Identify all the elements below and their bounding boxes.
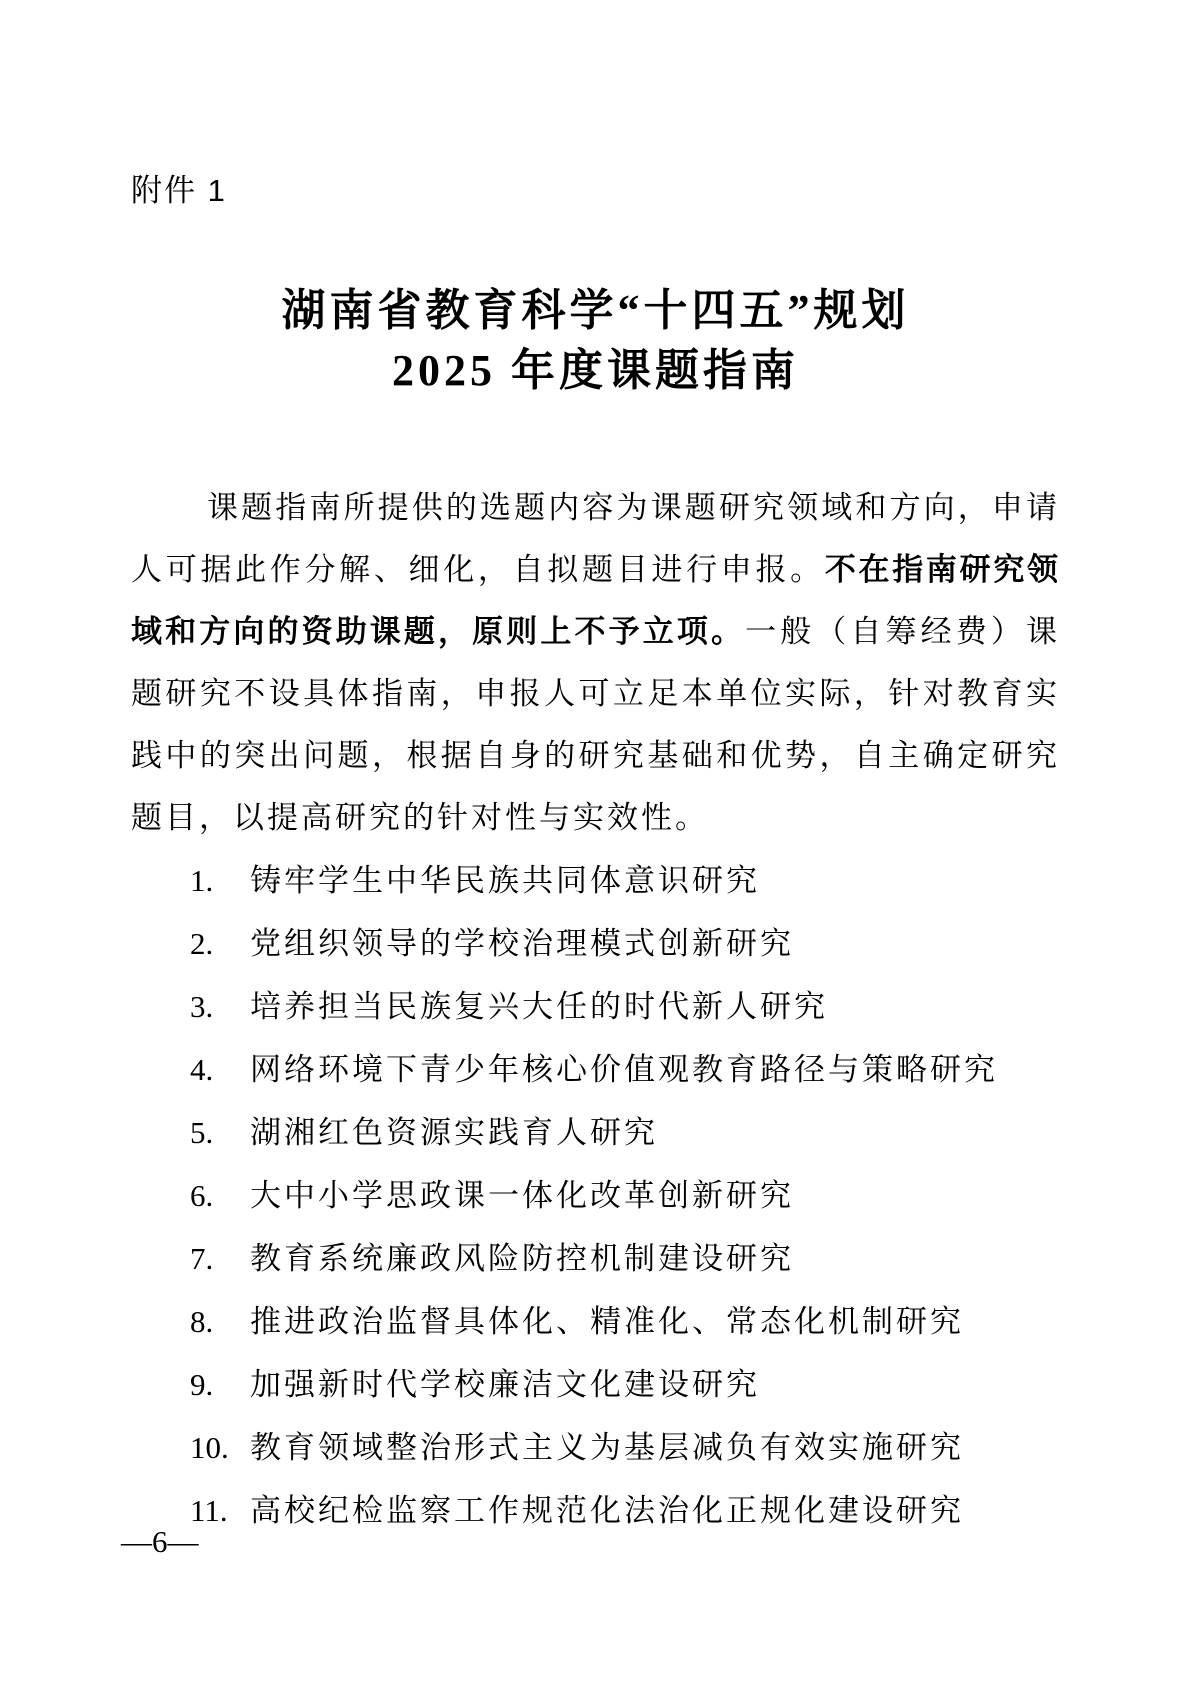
topic-item-4: 4. 网络环境下青少年核心价值观教育路径与策略研究 <box>131 1038 1060 1101</box>
topic-number: 1. <box>190 849 213 912</box>
topic-item-6: 6. 大中小学思政课一体化改革创新研究 <box>131 1164 1060 1227</box>
topic-item-1: 1. 铸牢学生中华民族共同体意识研究 <box>131 849 1060 912</box>
topic-item-8: 8. 推进政治监督具体化、精准化、常态化机制研究 <box>131 1290 1060 1353</box>
topic-text: 教育领域整治形式主义为基层减负有效实施研究 <box>250 1430 964 1465</box>
topic-item-7: 7. 教育系统廉政风险防控机制建设研究 <box>131 1227 1060 1290</box>
topic-number: 2. <box>190 912 213 975</box>
topic-item-2: 2. 党组织领导的学校治理模式创新研究 <box>131 912 1060 975</box>
document-page: 附件 1 湖南省教育科学“十四五”规划 2025 年度课题指南 课题指南所提供的… <box>0 0 1191 1684</box>
topic-number: 7. <box>190 1227 213 1290</box>
topic-text: 铸牢学生中华民族共同体意识研究 <box>250 863 760 898</box>
topic-list: 1. 铸牢学生中华民族共同体意识研究 2. 党组织领导的学校治理模式创新研究 3… <box>131 849 1060 1542</box>
attachment-label: 附件 1 <box>131 165 227 210</box>
topic-text: 加强新时代学校廉洁文化建设研究 <box>250 1367 760 1402</box>
topic-text: 党组织领导的学校治理模式创新研究 <box>250 926 794 961</box>
topic-number: 4. <box>190 1038 213 1101</box>
topic-text: 大中小学思政课一体化改革创新研究 <box>250 1178 794 1213</box>
topic-item-3: 3. 培养担当民族复兴大任的时代新人研究 <box>131 975 1060 1038</box>
topic-text: 高校纪检监察工作规范化法治化正规化建设研究 <box>250 1493 964 1528</box>
topic-text: 推进政治监督具体化、精准化、常态化机制研究 <box>250 1304 964 1339</box>
topic-number: 9. <box>190 1353 213 1416</box>
intro-paragraph: 课题指南所提供的选题内容为课题研究领域和方向，申请人可据此作分解、细化，自拟题目… <box>131 477 1060 849</box>
page-number: —6— <box>121 1524 199 1560</box>
topic-item-9: 9. 加强新时代学校廉洁文化建设研究 <box>131 1353 1060 1416</box>
topic-number: 10. <box>190 1416 229 1479</box>
title-line-2: 2025 年度课题指南 <box>0 341 1191 401</box>
topic-item-10: 10. 教育领域整治形式主义为基层减负有效实施研究 <box>131 1416 1060 1479</box>
topic-item-5: 5. 湖湘红色资源实践育人研究 <box>131 1101 1060 1164</box>
topic-text: 湖湘红色资源实践育人研究 <box>250 1115 658 1150</box>
topic-number: 5. <box>190 1101 213 1164</box>
document-title: 湖南省教育科学“十四五”规划 2025 年度课题指南 <box>0 281 1191 401</box>
topic-number: 8. <box>190 1290 213 1353</box>
topic-number: 3. <box>190 975 213 1038</box>
topic-text: 教育系统廉政风险防控机制建设研究 <box>250 1241 794 1276</box>
title-line-1: 湖南省教育科学“十四五”规划 <box>0 281 1191 341</box>
topic-text: 培养担当民族复兴大任的时代新人研究 <box>250 989 828 1024</box>
topic-text: 网络环境下青少年核心价值观教育路径与策略研究 <box>250 1052 998 1087</box>
topic-number: 6. <box>190 1164 213 1227</box>
topic-item-11: 11. 高校纪检监察工作规范化法治化正规化建设研究 <box>131 1479 1060 1542</box>
